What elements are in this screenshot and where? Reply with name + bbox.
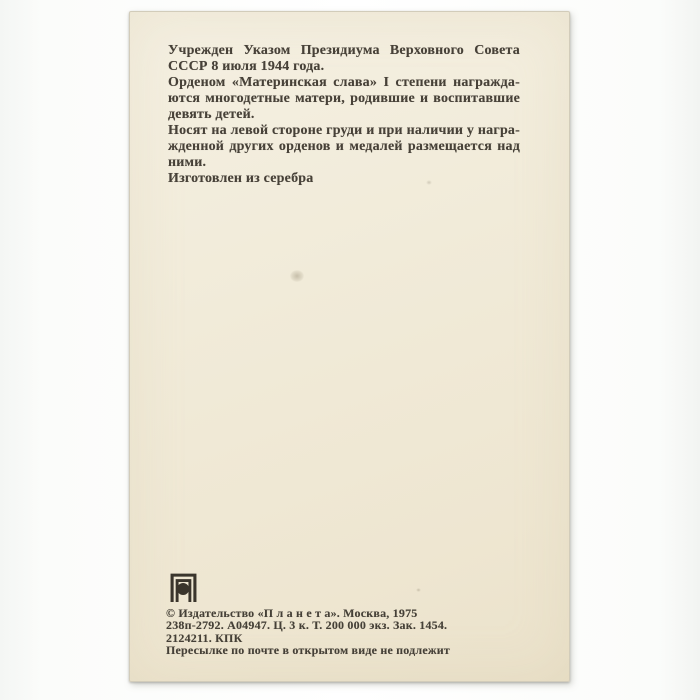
planeta-publisher-logo-icon (169, 572, 198, 603)
postcard: Учрежден Указом Президиума Верховного Со… (129, 11, 570, 682)
paper-smudge (290, 270, 304, 282)
info-line: ними. (168, 155, 520, 171)
info-line: Орденом «Материнская слава» I степени на… (168, 75, 520, 91)
paper-smudge (416, 588, 421, 592)
mailing-notice-line: Пересылке по почте в открытом виде не по… (166, 644, 526, 656)
info-line: Учрежден Указом Президиума Верховного Со… (168, 43, 520, 59)
publisher-block: © Издательство «П л а н е т а». Москва, … (166, 607, 526, 657)
info-line: девять детей. (168, 107, 520, 123)
info-line: СССР 8 июля 1944 года. (168, 59, 520, 75)
info-line: ются многодетные матери, родившие и восп… (168, 91, 520, 107)
info-line: жденной других орденов и медалей размеща… (168, 139, 520, 155)
print-code-line: 238п-2792. А04947. Ц. 3 к. Т. 200 000 эк… (166, 619, 526, 631)
info-line: Носят на левой стороне груди и при налич… (168, 123, 520, 139)
scan-background: Учрежден Указом Президиума Верховного Со… (0, 0, 700, 700)
info-text-block: Учрежден Указом Президиума Верховного Со… (168, 43, 520, 187)
info-line: Изготовлен из серебра (168, 171, 520, 187)
